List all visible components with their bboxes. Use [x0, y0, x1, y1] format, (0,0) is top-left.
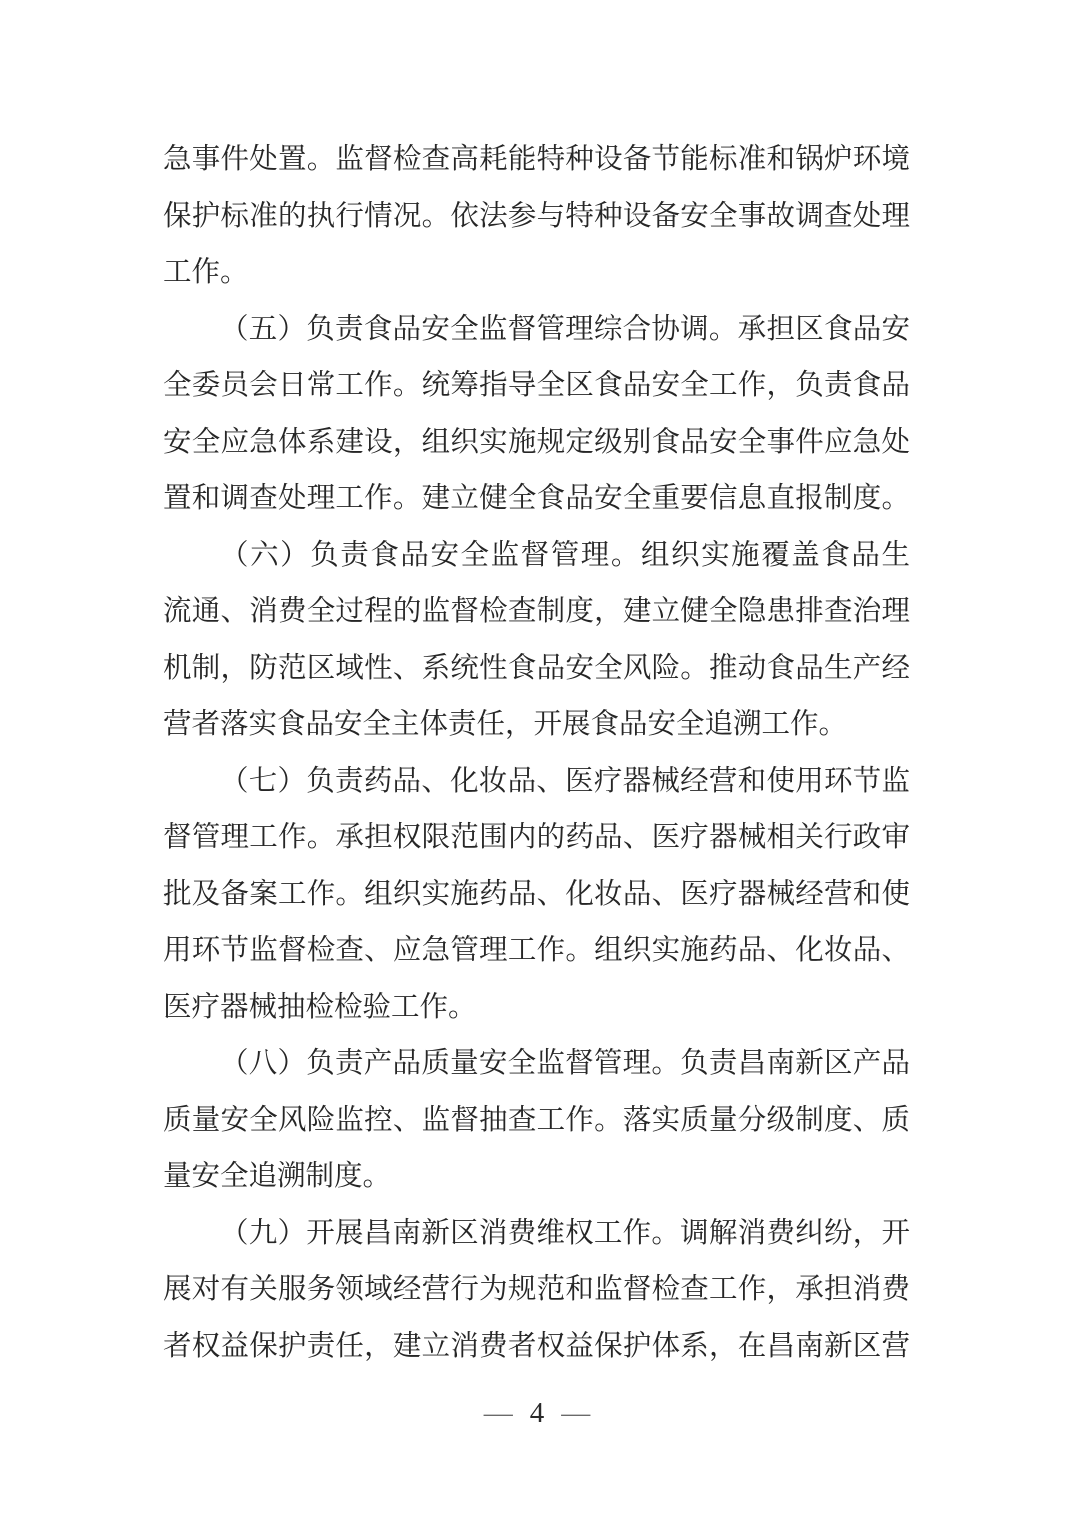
text-line: 者权益保护责任，建立消费者权益保护体系，在昌南新区营 [163, 1319, 910, 1376]
text-line: 质量安全风险监控、监督抽查工作。落实质量分级制度、质 [163, 1093, 910, 1150]
text-line: 安全应急体系建设，组织实施规定级别食品安全事件应急处 [163, 415, 910, 472]
text-line: 批及备案工作。组织实施药品、化妆品、医疗器械经营和使 [163, 867, 910, 924]
text-line: 用环节监督检查、应急管理工作。组织实施药品、化妆品、 [163, 923, 910, 980]
text-line: （五）负责食品安全监督管理综合协调。承担区食品安 [163, 302, 910, 359]
text-line: 保护标准的执行情况。依法参与特种设备安全事故调查处理 [163, 189, 910, 246]
text-line: （八）负责产品质量安全监督管理。负责昌南新区产品 [163, 1036, 910, 1093]
page-number: 4 [530, 1392, 545, 1434]
text-line: 置和调查处理工作。建立健全食品安全重要信息直报制度。 [163, 471, 910, 528]
text-line: （六）负责食品安全监督管理。组织实施覆盖食品生产、 [163, 528, 910, 585]
text-line: 展对有关服务领域经营行为规范和监督检查工作，承担消费 [163, 1262, 910, 1319]
text-line: 营者落实食品安全主体责任，开展食品安全追溯工作。 [163, 697, 910, 754]
text-line: 机制，防范区域性、系统性食品安全风险。推动食品生产经 [163, 641, 910, 698]
text-line: （九）开展昌南新区消费维权工作。调解消费纠纷，开 [163, 1206, 910, 1263]
page-footer: — 4 — [0, 1392, 1074, 1434]
text-line: 工作。 [163, 245, 910, 302]
document-page: 急事件处置。监督检查高耗能特种设备节能标准和锅炉环境保护标准的执行情况。依法参与… [0, 0, 1074, 1520]
text-line: 急事件处置。监督检查高耗能特种设备节能标准和锅炉环境 [163, 132, 910, 189]
text-line: 流通、消费全过程的监督检查制度，建立健全隐患排查治理 [163, 584, 910, 641]
text-line: 医疗器械抽检检验工作。 [163, 980, 910, 1037]
text-line: 督管理工作。承担权限范围内的药品、医疗器械相关行政审 [163, 810, 910, 867]
text-line: 全委员会日常工作。统筹指导全区食品安全工作，负责食品 [163, 358, 910, 415]
text-line: （七）负责药品、化妆品、医疗器械经营和使用环节监 [163, 754, 910, 811]
footer-dash-left: — [484, 1392, 513, 1434]
document-body: 急事件处置。监督检查高耗能特种设备节能标准和锅炉环境保护标准的执行情况。依法参与… [163, 132, 910, 1375]
text-line: 量安全追溯制度。 [163, 1149, 910, 1206]
footer-dash-right: — [561, 1392, 590, 1434]
